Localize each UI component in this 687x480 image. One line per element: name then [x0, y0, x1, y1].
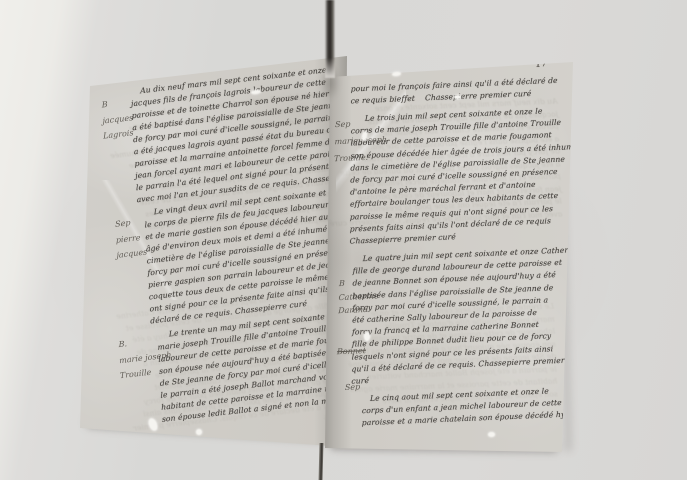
glare-speck: [454, 95, 461, 99]
left-page-margin-note-2: Sep pierre jacques: [115, 213, 148, 263]
glare-speck: [488, 432, 495, 437]
left-page-margin-note-1: B jacques Lagrois: [101, 94, 134, 144]
binding-rod-top: [325, 0, 335, 78]
glare-speck: [364, 332, 370, 341]
glare-speck: [196, 429, 202, 435]
right-page-number: 17: [535, 59, 548, 70]
right-page-content: 17 pour moi le françois faire ainsi qu'i…: [338, 70, 582, 457]
right-page-entry-1: Le trois juin mil sept cent soixante et …: [350, 104, 584, 248]
right-page-entry-3: Le cinq aout mil sept cent soixante et o…: [362, 384, 574, 429]
right-page-entry-2: Le quatre juin mil sept cent soixante et…: [351, 244, 580, 388]
binding-rod-bottom: [319, 443, 324, 480]
right-page-entry-continuation: pour moi le françois faire ainsi qu'il a…: [351, 75, 558, 108]
scanner-background: Le trois juin mil sept cent soixante et …: [0, 0, 687, 480]
